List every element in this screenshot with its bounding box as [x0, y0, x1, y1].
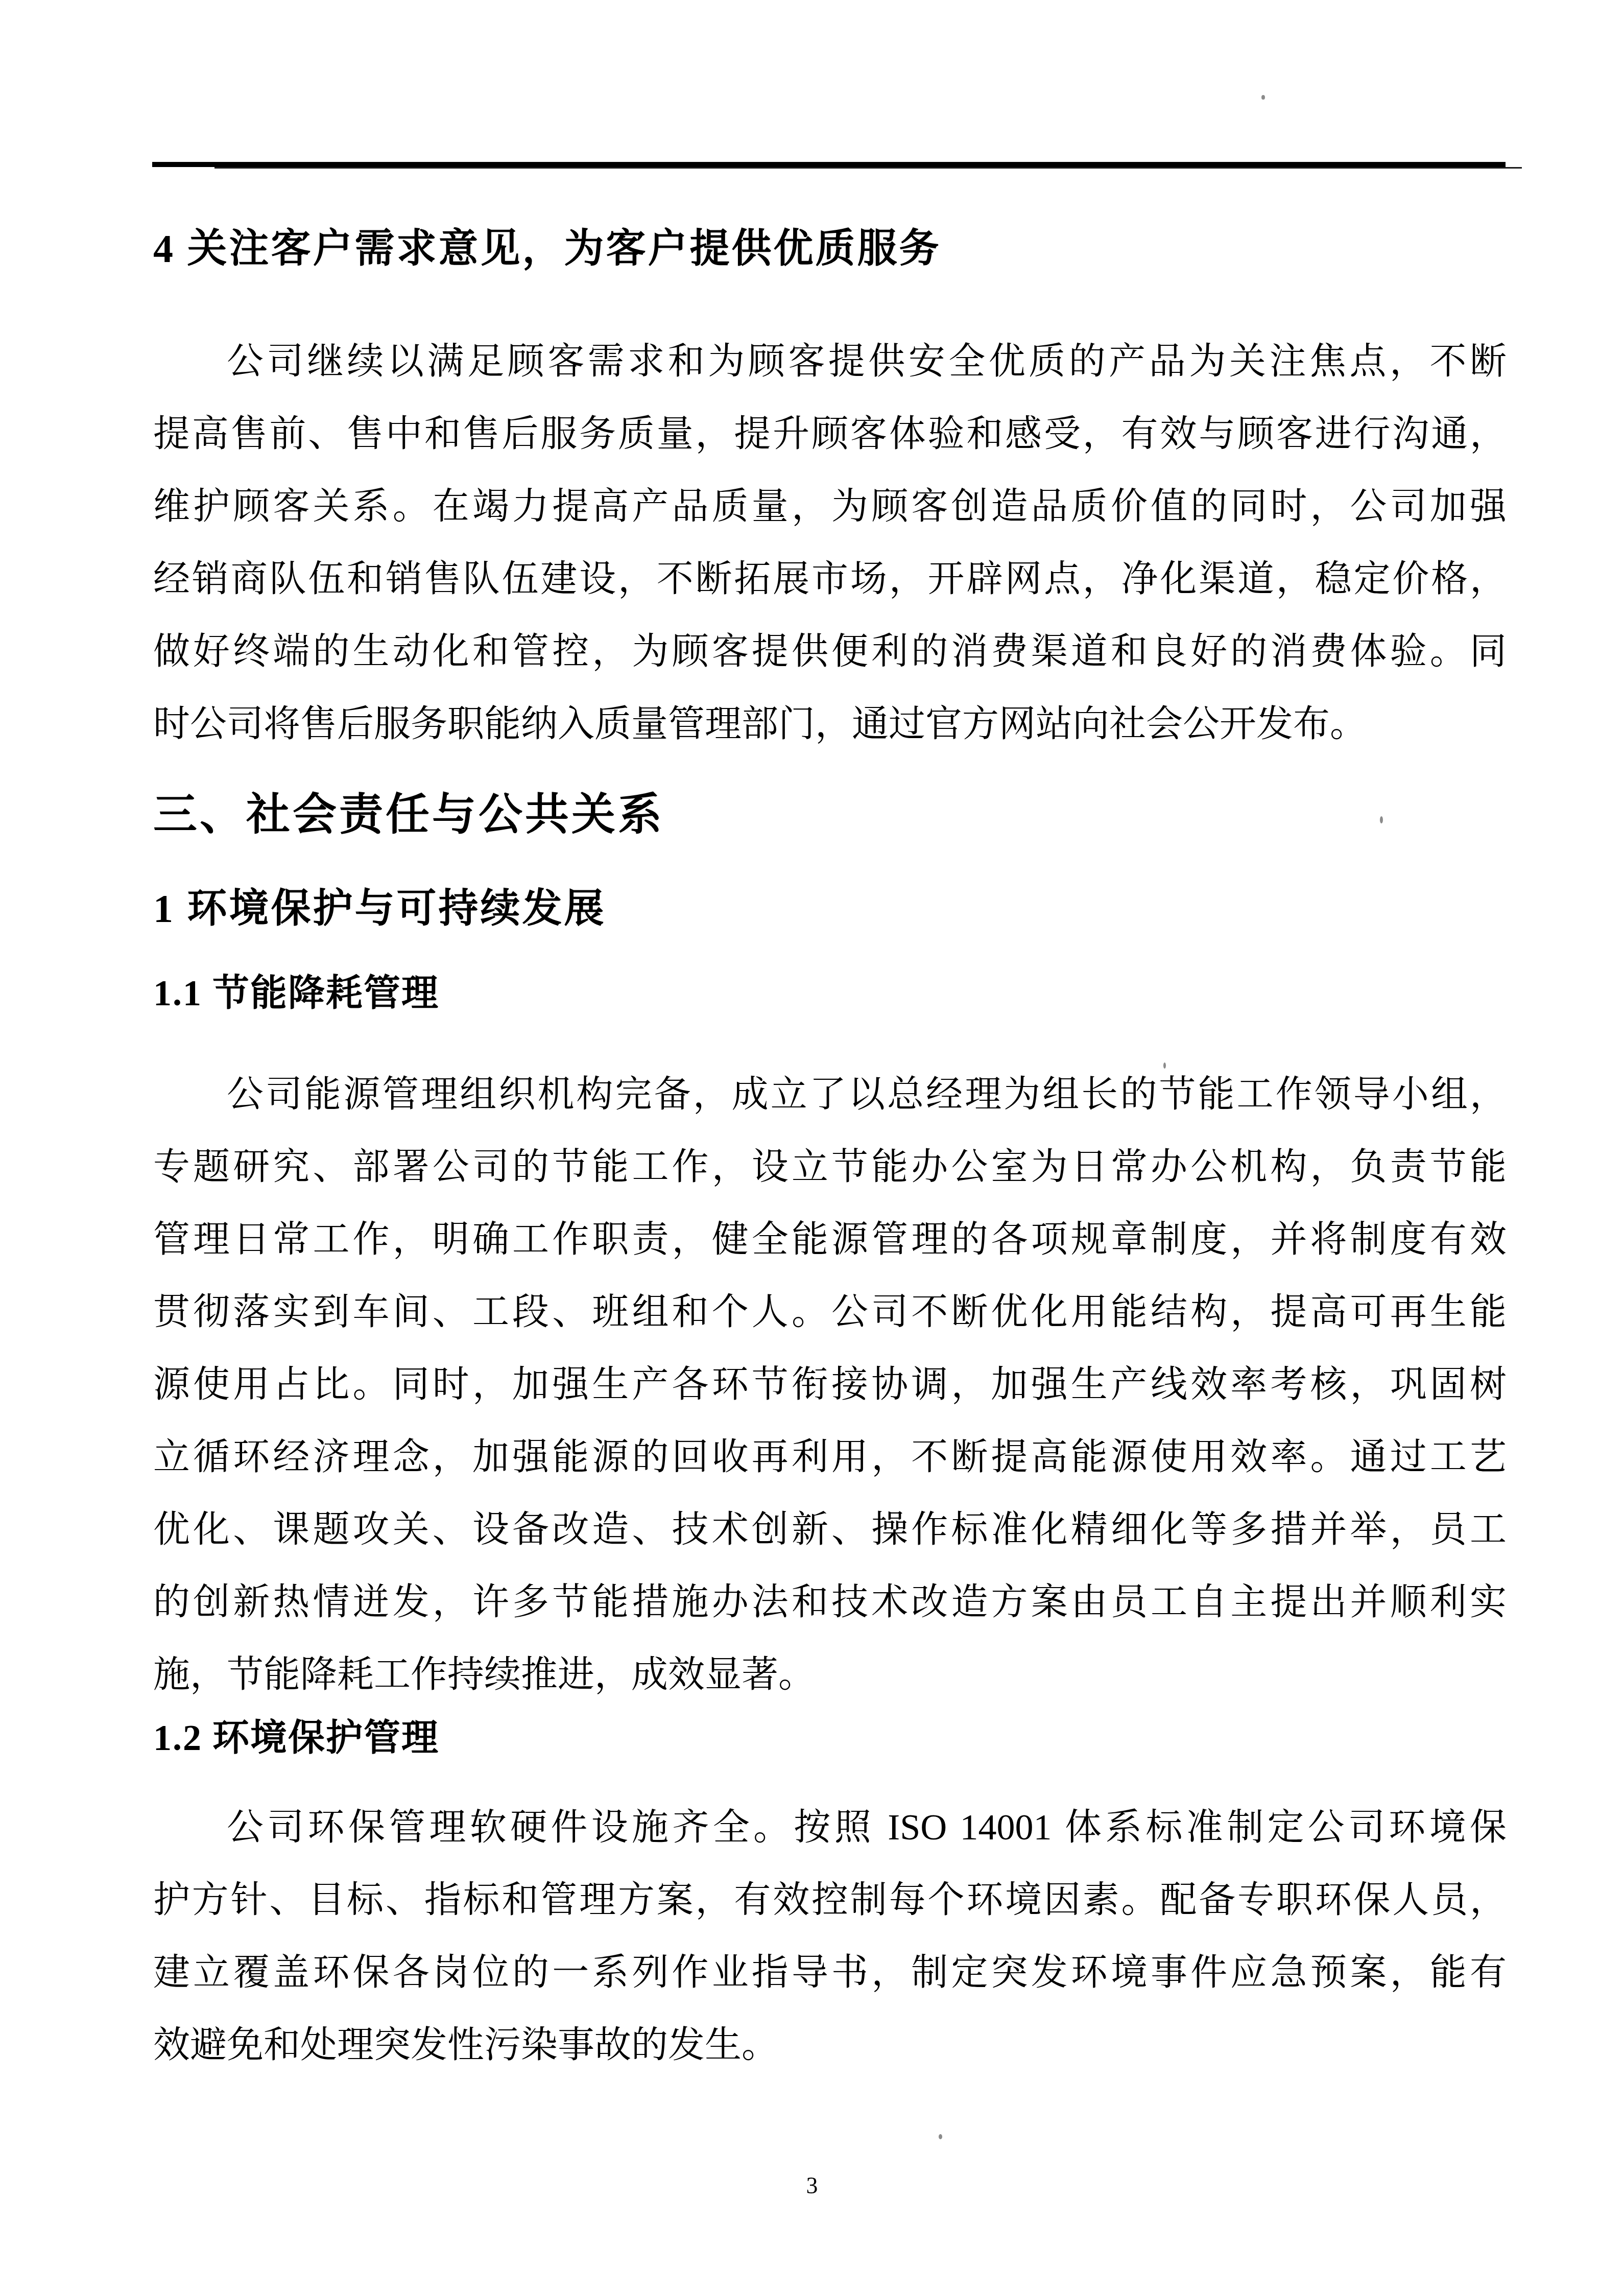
- text-line: 贯彻落实到车间、工段、班组和个人。公司不断优化用能结构，提高可再生能: [153, 1275, 1507, 1348]
- text-line: 做好终端的生动化和管控，为顾客提供便利的消费渠道和良好的消费体验。同: [153, 615, 1507, 688]
- text-line: 效避免和处理突发性污染事故的发生。: [153, 2008, 1507, 2081]
- scan-speck: [1261, 95, 1265, 100]
- heading-energy-saving: 1.1 节能降耗管理: [153, 975, 439, 1011]
- paragraph-energy-saving: 公司能源管理组织机构完备，成立了以总经理为组长的节能工作领导小组， 专题研究、部…: [153, 1058, 1507, 1711]
- text-line: 护方针、目标、指标和管理方案，有效控制每个环境因素。配备专职环保人员，: [153, 1863, 1507, 1936]
- heading-social-responsibility: 三、社会责任与公共关系: [153, 793, 664, 837]
- text-line: 优化、课题攻关、设备改造、技术创新、操作标准化精细化等多措并举，员工: [153, 1493, 1507, 1566]
- text-line: 源使用占比。同时，加强生产各环节衔接协调，加强生产线效率考核，巩固树: [153, 1348, 1507, 1421]
- text-line: 施，节能降耗工作持续推进，成效显著。: [153, 1638, 1507, 1711]
- text-line: 专题研究、部署公司的节能工作，设立节能办公室为日常办公机构，负责节能: [153, 1130, 1507, 1203]
- text-line: 立循环经济理念，加强能源的回收再利用，不断提高能源使用效率。通过工艺: [153, 1421, 1507, 1493]
- text-line: 时公司将售后服务职能纳入质量管理部门，通过官方网站向社会公开发布。: [153, 688, 1507, 760]
- text-line: 的创新热情迸发，许多节能措施办法和技术改造方案由员工自主提出并顺利实: [153, 1566, 1507, 1638]
- page-number: 3: [0, 2174, 1624, 2197]
- paragraph-customer-service: 公司继续以满足顾客需求和为顾客提供安全优质的产品为关注焦点，不断 提高售前、售中…: [153, 325, 1507, 760]
- text-line: 管理日常工作，明确工作职责，健全能源管理的各项规章制度，并将制度有效: [153, 1203, 1507, 1275]
- scan-speck: [939, 2134, 942, 2139]
- header-rule-shadow: [214, 167, 1522, 169]
- heading-environment-protection: 1.2 环境保护管理: [153, 1719, 439, 1756]
- heading-environment-sustainable: 1 环境保护与可持续发展: [153, 889, 606, 929]
- text-line: 经销商队伍和销售队伍建设，不断拓展市场，开辟网点，净化渠道，稳定价格，: [153, 542, 1507, 615]
- text-line: 维护顾客关系。在竭力提高产品质量，为顾客创造品质价值的同时，公司加强: [153, 470, 1507, 542]
- document-page: 4 关注客户需求意见，为客户提供优质服务 公司继续以满足顾客需求和为顾客提供安全…: [0, 0, 1624, 2293]
- text-line: 公司环保管理软硬件设施齐全。按照 ISO 14001 体系标准制定公司环境保: [153, 1791, 1507, 1863]
- text-line: 提高售前、售中和售后服务质量，提升顾客体验和感受，有效与顾客进行沟通，: [153, 397, 1507, 470]
- scan-speck: [1380, 816, 1383, 823]
- header-rule: [152, 162, 1506, 167]
- heading-customer-service: 4 关注客户需求意见，为客户提供优质服务: [153, 229, 941, 269]
- text-line: 公司继续以满足顾客需求和为顾客提供安全优质的产品为关注焦点，不断: [153, 325, 1507, 397]
- text-line: 建立覆盖环保各岗位的一系列作业指导书，制定突发环境事件应急预案，能有: [153, 1936, 1507, 2008]
- text-line: 公司能源管理组织机构完备，成立了以总经理为组长的节能工作领导小组，: [153, 1058, 1507, 1130]
- paragraph-environment-protection: 公司环保管理软硬件设施齐全。按照 ISO 14001 体系标准制定公司环境保 护…: [153, 1791, 1507, 2081]
